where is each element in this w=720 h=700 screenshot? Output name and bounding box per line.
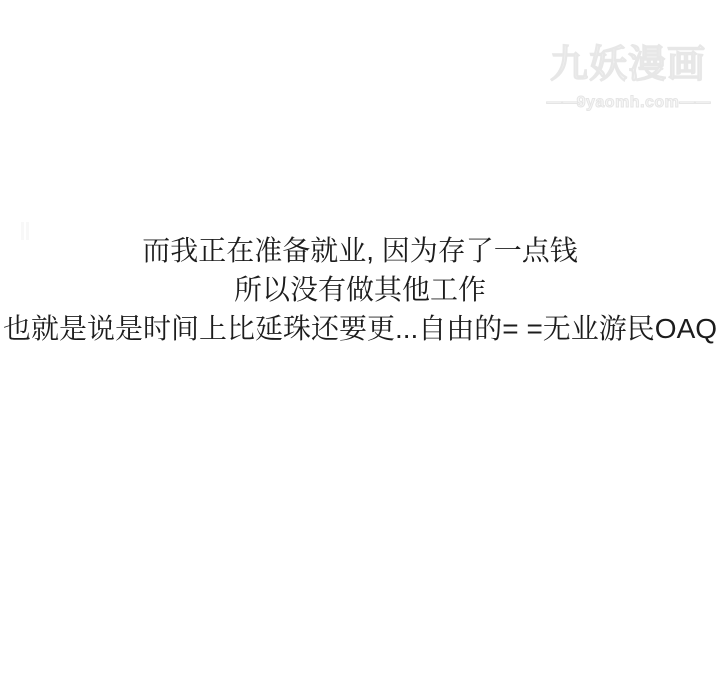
dialogue-text-block: 而我正在准备就业, 因为存了一点钱 所以没有做其他工作 也就是说是时间上比延珠还… [0,231,720,348]
dialogue-line: 也就是说是时间上比延珠还要更...自由的= =无业游民OAQ [0,309,720,348]
dialogue-line: 而我正在准备就业, 因为存了一点钱 [0,231,720,270]
site-watermark: 九妖漫画 ——9yaomh.com—— [543,44,713,112]
watermark-right-dash: —— [679,94,709,111]
watermark-site-line: ——9yaomh.com—— [543,94,713,112]
watermark-site-url: 9yaomh.com [577,94,680,111]
watermark-left-dash: —— [547,94,577,111]
watermark-logo-text: 九妖漫画 [543,44,713,86]
comic-page: 九妖漫画 ——9yaomh.com—— 而我正在准备就业, 因为存了一点钱 所以… [0,0,720,700]
dialogue-line: 所以没有做其他工作 [0,270,720,309]
